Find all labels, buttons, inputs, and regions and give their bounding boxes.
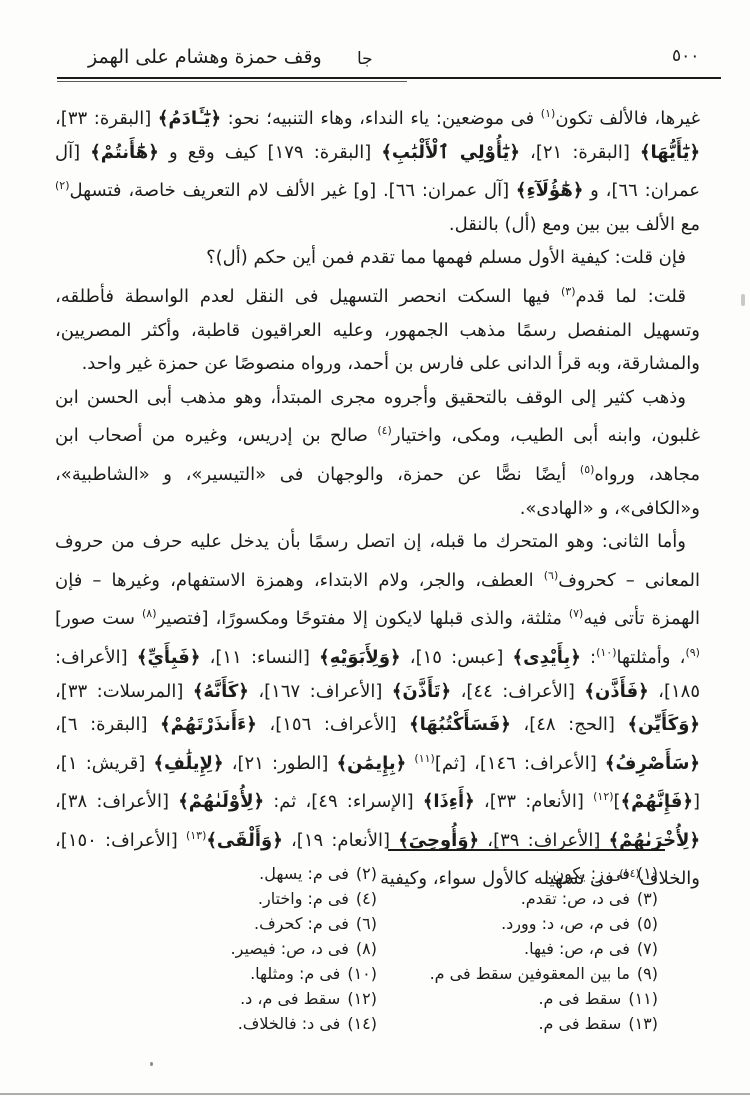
footnote-text: سقط فى م. xyxy=(538,989,621,1008)
footnote: (٣)فى د، ص: تقدم. xyxy=(430,886,658,911)
footnote-ref: (٩) xyxy=(685,646,700,659)
page-number: ٥٠٠ xyxy=(672,46,699,66)
footnote-number: (١٤) xyxy=(347,1014,377,1033)
footnote: (١٣)سقط فى م. xyxy=(430,1011,658,1036)
footnote-ref: (٧) xyxy=(569,607,584,620)
text-run: [الأعراف: ٣٨]، xyxy=(55,791,178,812)
text-run: [البقرة: ٦]، xyxy=(55,714,160,735)
text-run: [المرسلات: ٣٣]، xyxy=(55,681,193,702)
footnote: (٩)ما بين المعقوفين سقط فى م. xyxy=(430,961,658,986)
footnote-number: (٥) xyxy=(637,914,658,933)
text-run: مع الألف بين بين ومع (أل) بالنقل. xyxy=(449,214,700,235)
footnote-number: (٧) xyxy=(637,939,658,958)
footnote-text: فى م، ص: فيها. xyxy=(524,939,630,958)
volume-mark: جا xyxy=(357,49,373,69)
footnote-number: (٦) xyxy=(356,914,377,933)
footnote-number: (١٣) xyxy=(628,1014,658,1033)
footnote: (٢)فى م: يسهل. xyxy=(231,861,377,886)
text-run: [آل عمران: ٦٦]. [و] غير الألف لام التعري… xyxy=(70,180,516,201)
text-run: : xyxy=(581,647,596,668)
quran-citation: ﴿لِأُخْرَىٰهُمْ﴾ xyxy=(609,830,700,851)
text-run: ست صور] xyxy=(55,608,142,629)
footnote-text: سقط فى م. xyxy=(538,1014,621,1033)
text-run: غيرها، فالألف تكون xyxy=(555,108,700,129)
quran-citation: ﴿وَأَلْقَى﴾ xyxy=(206,830,282,851)
text-run: فى موضعين: ياء النداء، وهاء التنبيه؛ نحو… xyxy=(221,108,541,129)
quran-citation: ﴿وَأُوحِىَ﴾ xyxy=(398,830,479,851)
text-run: [عبس: ١٥]، xyxy=(401,647,513,668)
text-run: [الأعراف: ١٦٧]، xyxy=(249,681,392,702)
quran-citation: ﴿هَٰٓأَنتُمْ﴾ xyxy=(90,142,159,163)
quran-citation: ﴿ءَأَنذَرْتَهُمْ﴾ xyxy=(160,714,257,735)
quran-citation: ﴿وَكَأَيِّن﴾ xyxy=(628,714,700,735)
footnote-number: (١١) xyxy=(628,989,658,1008)
footnote: (١٢)سقط فى م، د. xyxy=(231,986,377,1011)
footnote: (١٠)فى م: ومثلها. xyxy=(231,961,377,986)
paragraph: غيرها، فالألف تكون(١) فى موضعين: ياء الن… xyxy=(55,97,700,241)
footnote: (١)فى ز: يكون. xyxy=(430,861,658,886)
text-run: [الأعراف: ٣٩]، xyxy=(479,830,608,851)
quran-citation: ﴿لِإِيلَٰفِ﴾ xyxy=(153,753,223,774)
footnote-text: فى م: كحرف. xyxy=(254,914,349,933)
text-run: [البقرة: ٢١]، xyxy=(520,142,640,163)
footnote: (١٤)فى د: فالخلاف. xyxy=(231,1011,377,1036)
footnote-text: فى د، ص: فيصير. xyxy=(231,939,349,958)
page-header-title: وقف حمزة وهشام على الهمز xyxy=(88,46,322,68)
header-rule-shadow xyxy=(57,81,407,82)
text-run: [الأعراف: ٤٤]، xyxy=(451,681,584,702)
footnote-number: (٢) xyxy=(356,864,377,883)
footnote: (٤)فى م: واختار. xyxy=(231,886,377,911)
footnote: (٧)فى م، ص: فيها. xyxy=(430,936,658,961)
header-rule xyxy=(57,77,721,79)
footnote-ref: (١٣) xyxy=(186,829,206,842)
text-run: [البقرة: ٣٣]، xyxy=(55,108,158,129)
footnote: (٦)فى م: كحرف. xyxy=(231,911,377,936)
footnote-ref: (٣) xyxy=(561,285,576,298)
quran-citation: ﴿هَٰٓؤُلَآءِ﴾ xyxy=(516,180,583,201)
text-run: [النساء: ١١]، xyxy=(200,647,319,668)
footnote-ref: (١٢) xyxy=(593,790,613,803)
text-run: [الطور: ٢١]، xyxy=(224,753,337,774)
footnote-number: (٣) xyxy=(637,889,658,908)
quran-citation: ﴿فَبِأَيِّ﴾ xyxy=(137,647,200,668)
footnote: (٥)فى م، ص، د: وورد. xyxy=(430,911,658,936)
text-run: [الأنعام: ١٩]، xyxy=(283,830,398,851)
footnote-number: (٤) xyxy=(356,889,377,908)
body-text: غيرها، فالألف تكون(١) فى موضعين: ياء الن… xyxy=(55,97,700,896)
footnote-text: سقط فى م، د. xyxy=(240,989,340,1008)
quran-citation: ﴿أَءِذَا﴾ xyxy=(423,791,475,812)
footnote-text: فى م: يسهل. xyxy=(259,864,349,883)
footnote-text: فى م، ص، د: وورد. xyxy=(501,914,630,933)
footnote-ref: (١) xyxy=(541,107,556,120)
book-page: وقف حمزة وهشام على الهمز جا ٥٠٠ غيرها، ف… xyxy=(0,0,750,1096)
quran-citation: ﴿وَلِأَبَوَيْهِ﴾ xyxy=(319,647,400,668)
page-bottom-edge xyxy=(0,1093,750,1095)
paragraph: فإن قلت: كيفية الأول مسلم فهمها مما تقدم… xyxy=(55,241,700,275)
footnote-text: فى م: ومثلها. xyxy=(250,964,340,983)
paragraph: وذهب كثير إلى الوقف بالتحقيق وأجروه مجرى… xyxy=(55,381,700,525)
paragraph: وأما الثانى: وهو المتحرك ما قبله، إن اتص… xyxy=(55,525,700,896)
footnotes-left-column: (٢)فى م: يسهل.(٤)فى م: واختار.(٦)فى م: ك… xyxy=(231,861,377,1036)
quran-citation: ﴿بِأَيْدِى﴾ xyxy=(513,647,581,668)
footnotes-right-column: (١)فى ز: يكون.(٣)فى د، ص: تقدم.(٥)فى م، … xyxy=(430,861,658,1036)
footnote-text: فى م: واختار. xyxy=(258,889,349,908)
quran-citation: ﴿سَأَصْرِفُ﴾ xyxy=(605,753,700,774)
text-run: [الإسراء: ٤٩]، ثم: xyxy=(264,791,423,812)
quran-citation: ﴿يَٰٓأُوْلِي ٱلْأَلْبَٰبِ﴾ xyxy=(381,142,520,163)
text-run: قلت: لما قدم xyxy=(576,286,687,307)
footnote-number: (٩) xyxy=(637,964,658,983)
footnote-ref: (٤) xyxy=(377,424,392,437)
text-run: ] xyxy=(614,791,621,812)
quran-citation: ﴿فَإِنَّهُمْ﴾ xyxy=(621,791,693,812)
footnote-ref: (١١) xyxy=(414,752,434,765)
footnote-text: ما بين المعقوفين سقط فى م. xyxy=(430,964,630,983)
footnote-number: (١٢) xyxy=(347,989,377,1008)
quran-citation: ﴿تَأَذَّنَ﴾ xyxy=(392,681,451,702)
quran-citation: ﴿لِأُوْلَىٰهُمْ﴾ xyxy=(178,791,264,812)
text-run: [الأعراف: ١٤٦]، [ثم] xyxy=(435,753,605,774)
scan-artifact xyxy=(741,294,745,306)
text-run: [البقرة: ١٧٩] كيف وقع و xyxy=(159,142,382,163)
text-run: [الأنعام: ٣٣]، xyxy=(475,791,593,812)
footnote-number: (١٠) xyxy=(347,964,377,983)
footnote-text: فى ز: يكون. xyxy=(547,864,630,883)
text-run: ، وأمثلتها xyxy=(617,647,686,668)
footnote-ref: (٥) xyxy=(580,463,595,476)
text-run: فإن قلت: كيفية الأول مسلم فهمها مما تقدم… xyxy=(206,247,686,268)
footnote-text: فى د: فالخلاف. xyxy=(238,1014,341,1033)
footnote-ref: (٢) xyxy=(55,179,70,192)
quran-citation: ﴿فَسَأَكْتُبُهَا﴾ xyxy=(409,714,511,735)
paragraph: قلت: لما قدم(٣) فيها السكت انحصر التسهيل… xyxy=(55,275,700,381)
footnote-ref: (٨) xyxy=(142,607,157,620)
footnote-ref: (١٠) xyxy=(596,646,616,659)
footnote-number: (٨) xyxy=(356,939,377,958)
scan-artifact xyxy=(150,1062,153,1066)
footnote-text: فى د، ص: تقدم. xyxy=(521,889,630,908)
footnote-number: (١) xyxy=(637,864,658,883)
footnote: (١١)سقط فى م. xyxy=(430,986,658,1011)
text-run: [الحج: ٤٨]، xyxy=(511,714,628,735)
footnote-separator xyxy=(388,849,665,851)
quran-citation: ﴿يَٰٓـَٔادَمُ﴾ xyxy=(158,108,221,129)
quran-citation: ﴿بِإِيمَٰن﴾ xyxy=(337,753,407,774)
quran-citation: ﴿فَأَذَّن﴾ xyxy=(584,681,648,702)
text-run: [الأعراف: ١٥٦]، xyxy=(257,714,409,735)
footnote-ref: (٦) xyxy=(544,569,559,582)
text-run: مثلثة، والذى قبلها لايكون إلا مفتوحًا وم… xyxy=(157,608,569,629)
quran-citation: ﴿كَأَنَّهُ﴾ xyxy=(193,681,249,702)
footnote: (٨)فى د، ص: فيصير. xyxy=(231,936,377,961)
quran-citation: ﴿يَٰٓأَيُّهَا﴾ xyxy=(640,142,700,163)
